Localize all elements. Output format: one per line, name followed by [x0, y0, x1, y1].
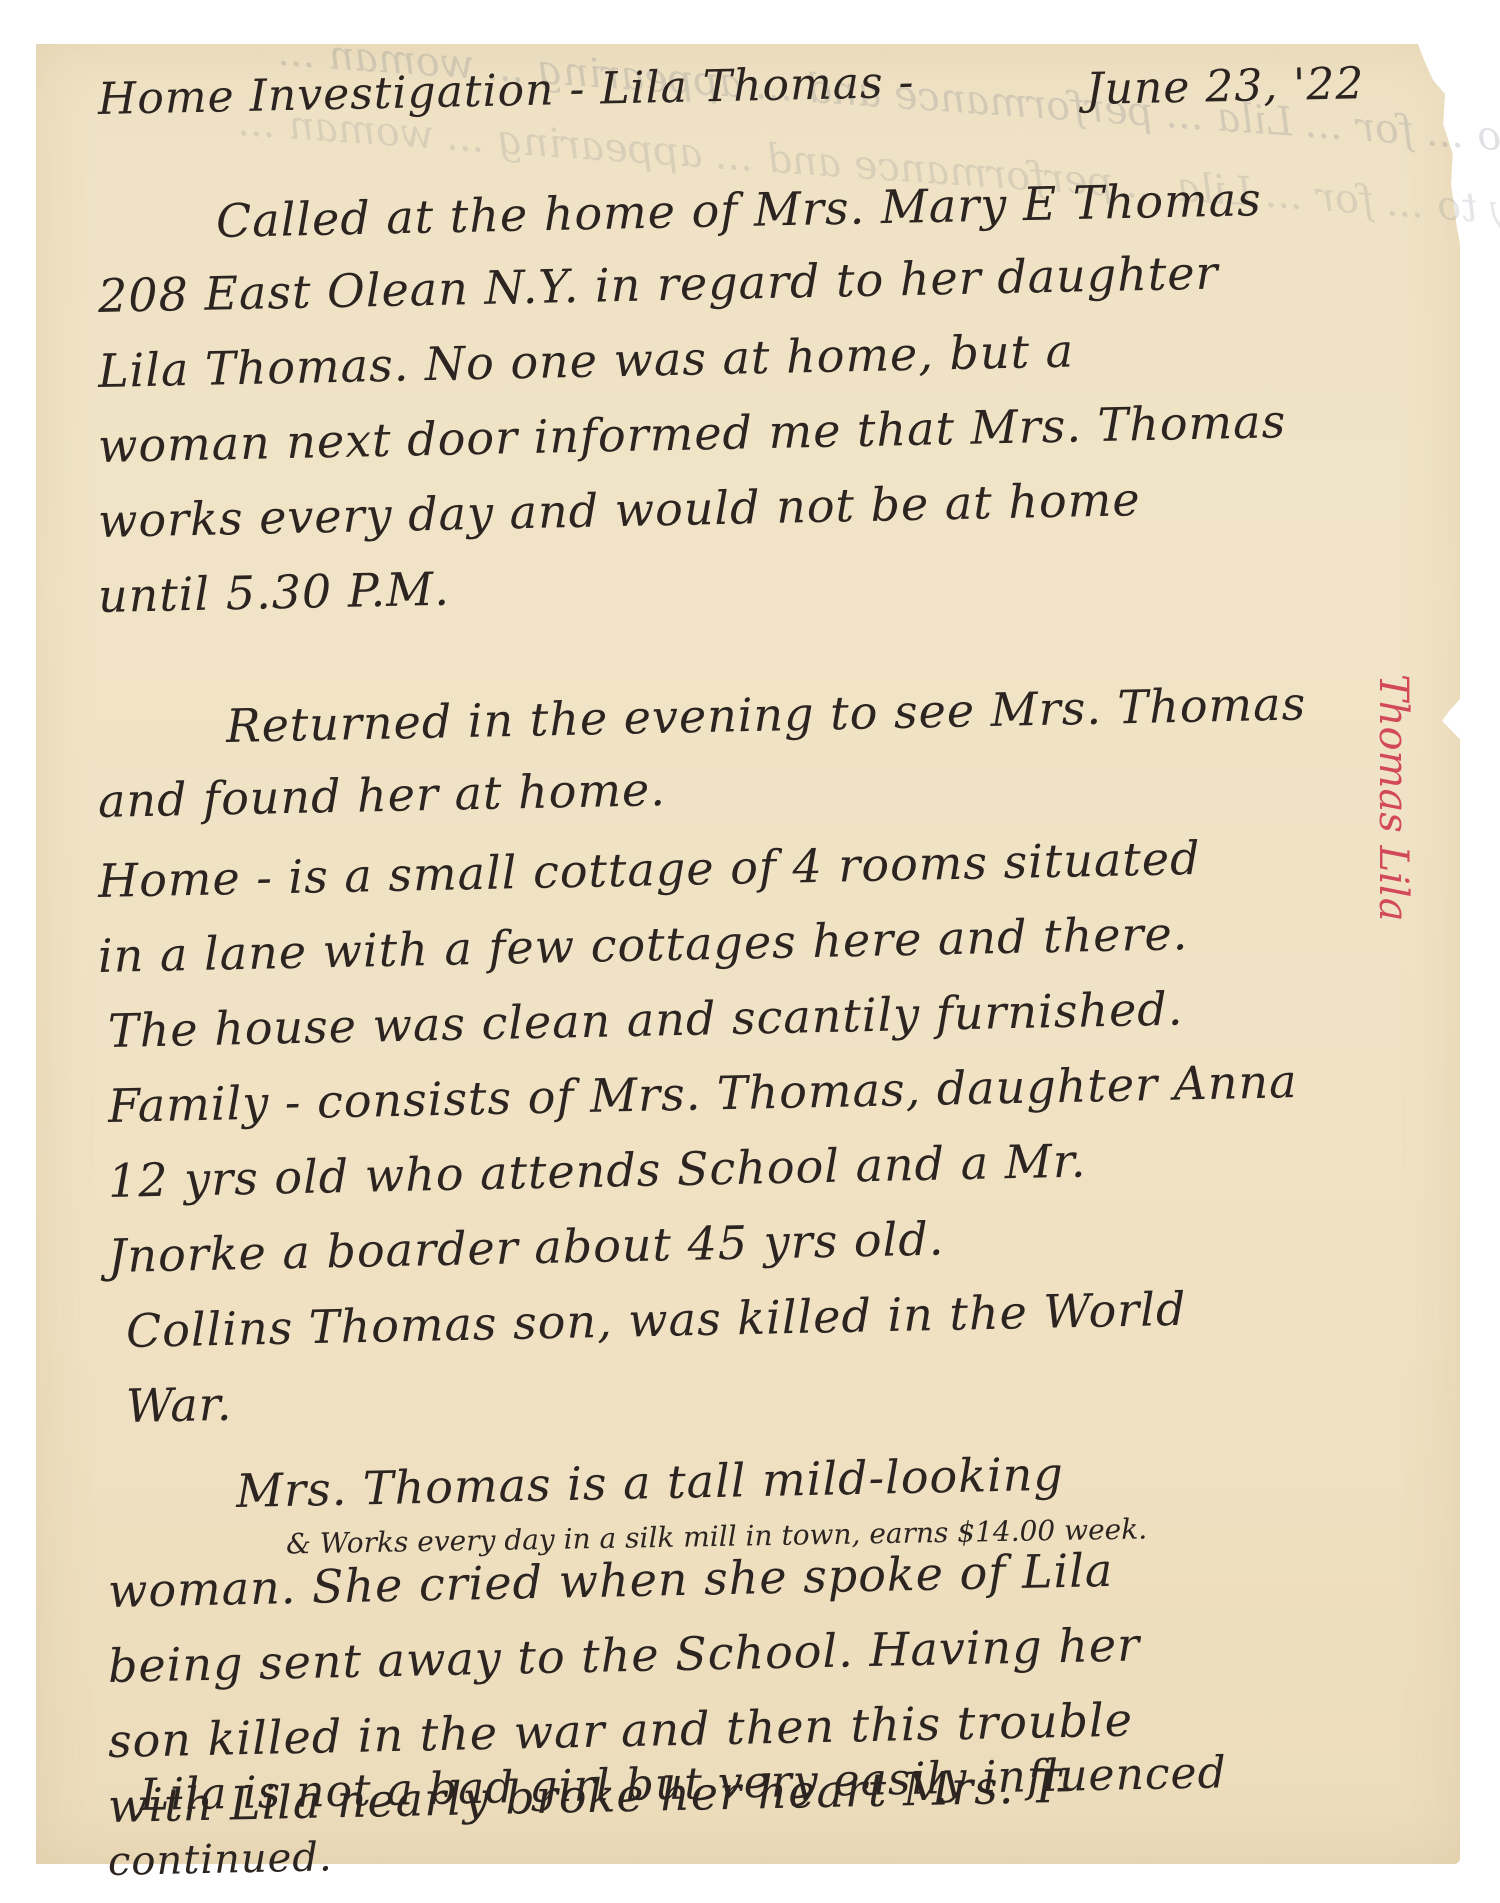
text-line: in a lane with a few cottages here and t…: [97, 906, 1188, 983]
torn-notch: [1442, 699, 1460, 739]
text-line: Collins Thomas son, was killed in the Wo…: [125, 1282, 1186, 1358]
text-line: Jnorke a boarder about 45 yrs old.: [107, 1211, 944, 1283]
margin-note-red: Thomas Lila: [1370, 674, 1416, 922]
text-line: woman. She cried when she spoke of Lila: [107, 1543, 1113, 1618]
text-line: Family - consists of Mrs. Thomas, daught…: [107, 1054, 1298, 1133]
text-line: woman next door informed me that Mrs. Th…: [97, 394, 1286, 473]
text-line: being sent away to the School. Having he…: [107, 1617, 1140, 1693]
text-line: Home - is a small cottage of 4 rooms sit…: [97, 831, 1201, 908]
text-line: and found her at home.: [97, 762, 666, 828]
text-line: Mrs. Thomas is a tall mild-looking: [235, 1447, 1064, 1518]
document-page: her ... every day to ... for ... Lila ..…: [36, 44, 1460, 1864]
text-line: works every day and would not be at home: [97, 472, 1141, 548]
text-line: War.: [125, 1377, 232, 1433]
text-line: until 5.30 P.M.: [97, 562, 450, 623]
document-date: June 23, '22: [1085, 58, 1364, 115]
text-line: Lila Thomas. No one was at home, but a: [97, 324, 1074, 398]
text-line: 208 East Olean N.Y. in regard to her dau…: [97, 246, 1219, 323]
document-title: Home Investigation - Lila Thomas -: [97, 57, 914, 125]
text-line: Called at the home of Mrs. Mary E Thomas: [215, 172, 1262, 248]
text-line: continued.: [108, 1834, 334, 1885]
text-line: Returned in the evening to see Mrs. Thom…: [225, 676, 1306, 753]
text-line: The house was clean and scantily furnish…: [107, 981, 1183, 1058]
text-line: 12 yrs old who attends School and a Mr.: [107, 1134, 1086, 1208]
